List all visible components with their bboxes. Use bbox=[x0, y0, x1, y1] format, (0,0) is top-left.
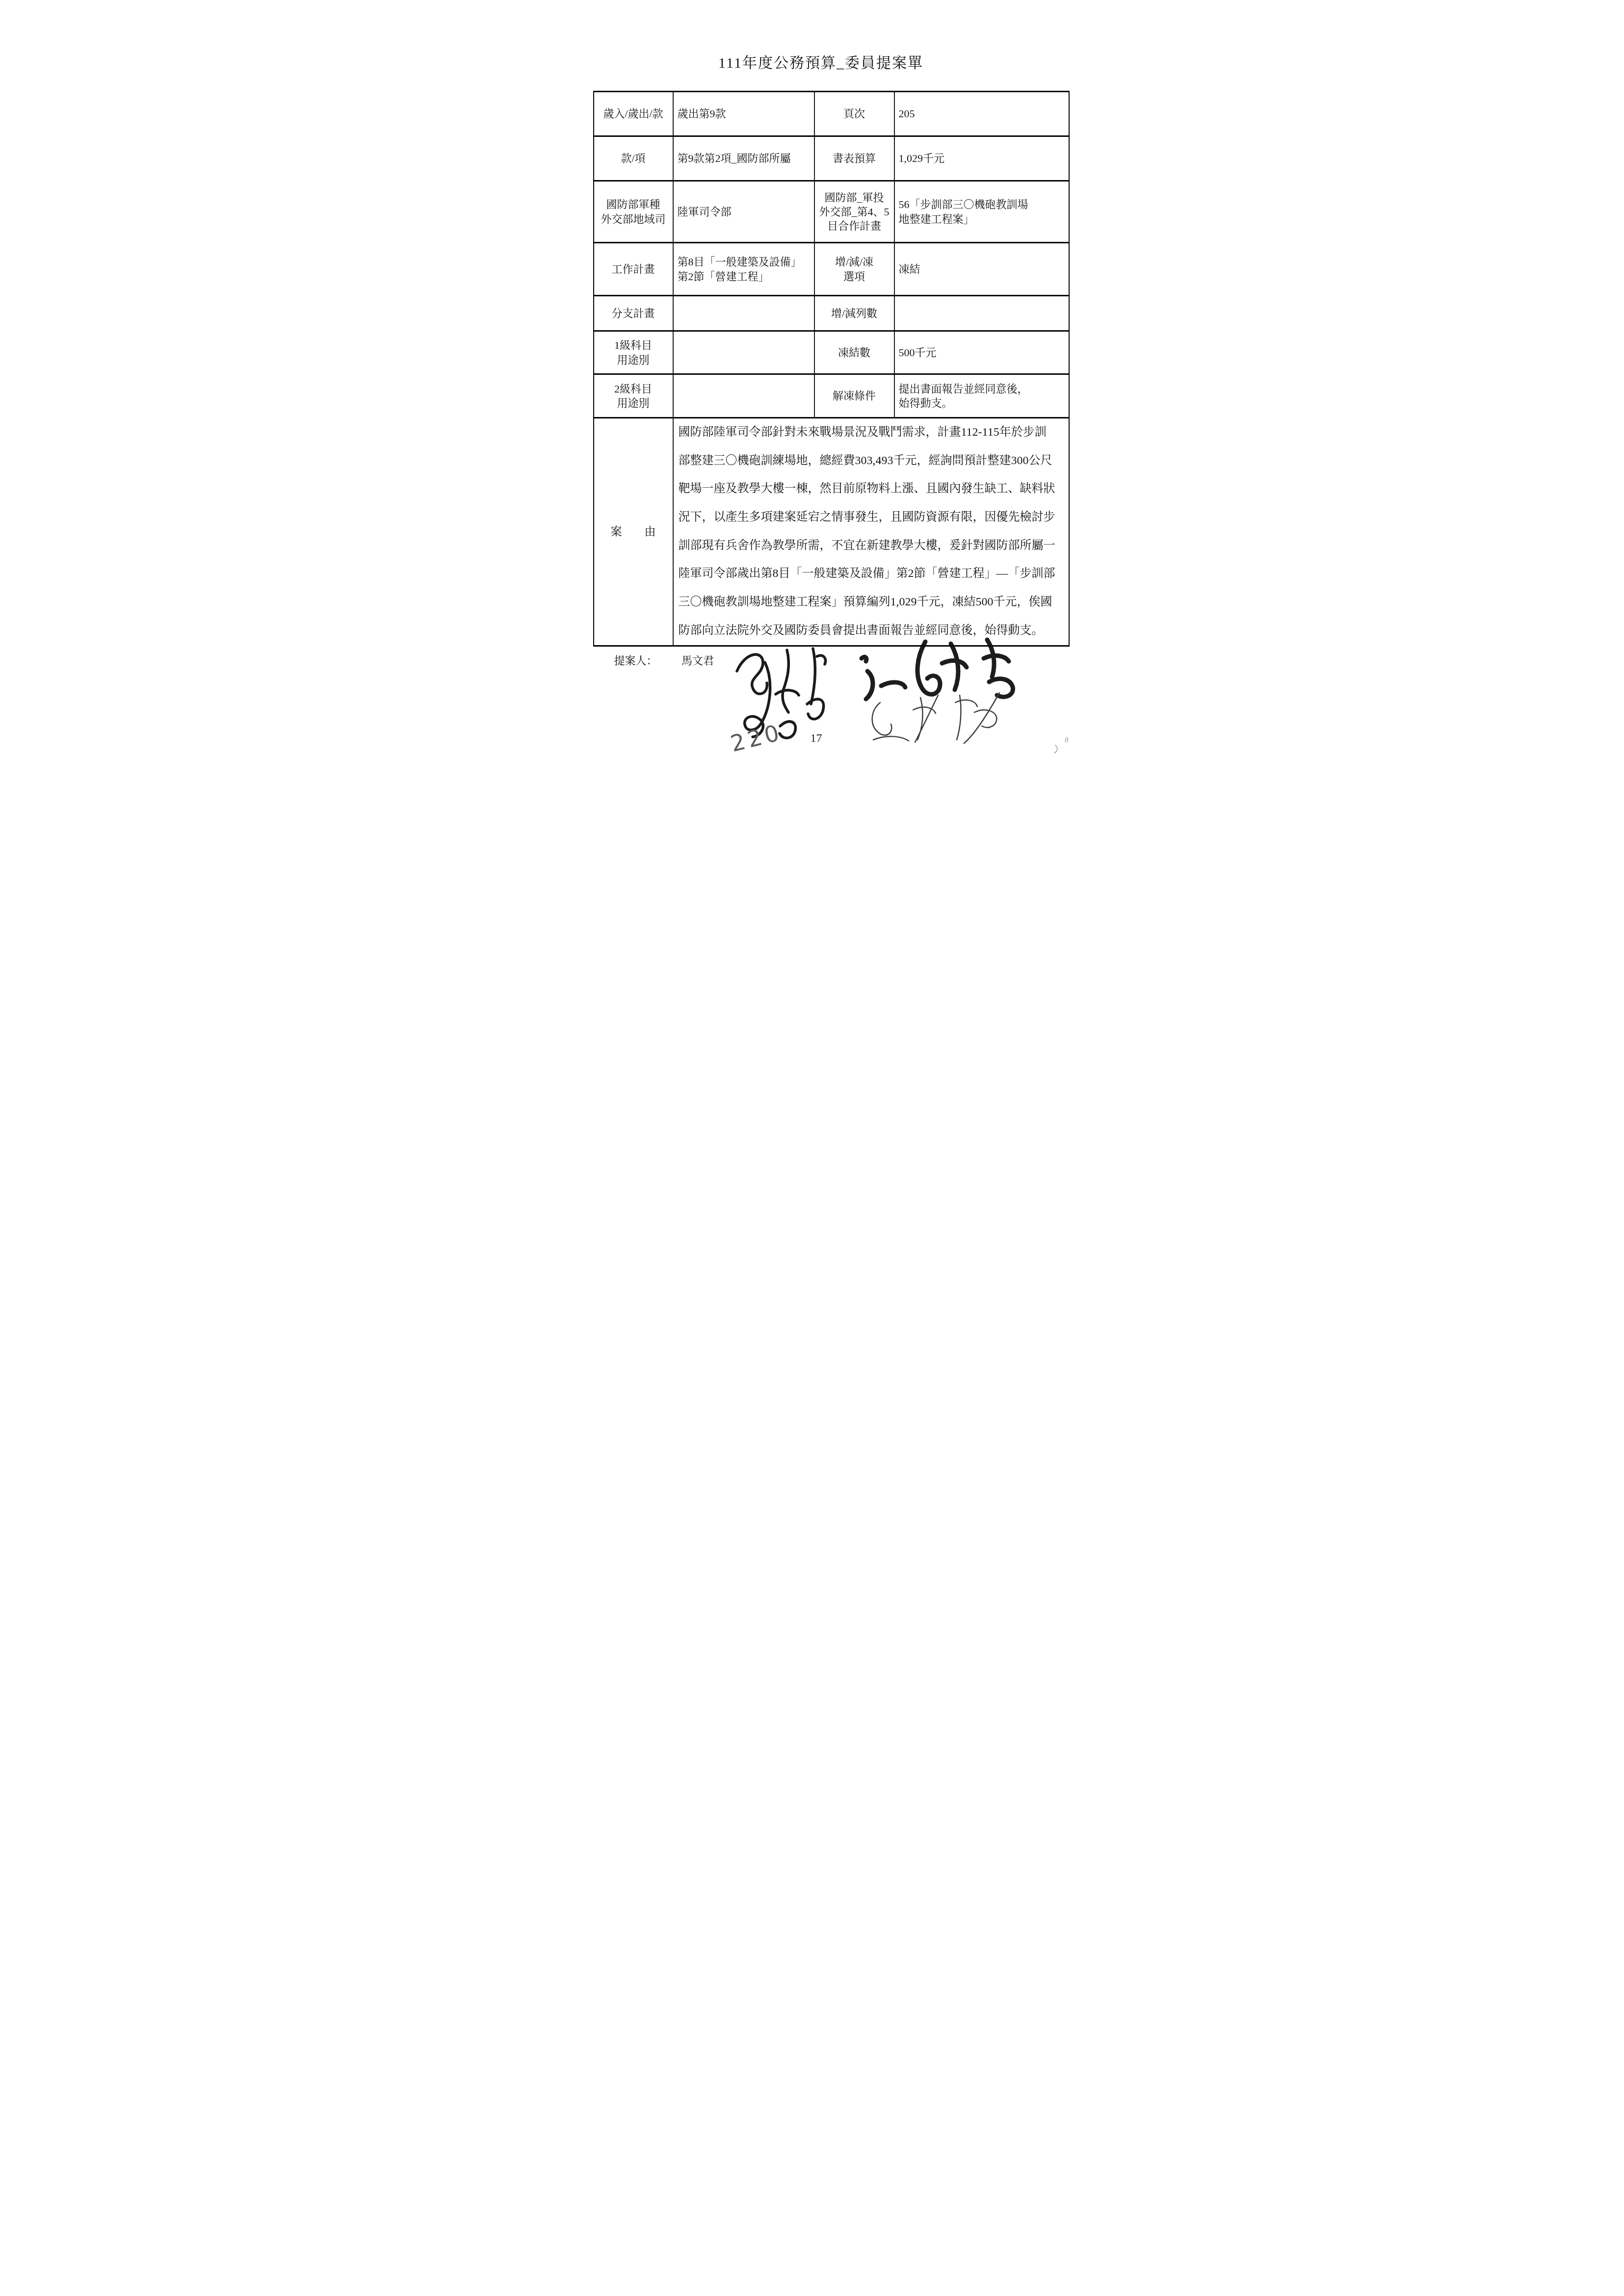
cell-value bbox=[894, 296, 1069, 330]
table-row: 1級科目用途別 凍結數 500千元 bbox=[594, 330, 1069, 373]
cell-value: 凍結 bbox=[894, 243, 1069, 295]
signature-wu-sz-huai bbox=[872, 693, 999, 743]
cell-label: 款/項 bbox=[594, 137, 673, 180]
page-title-text: 111年度公務預算_委員提案單 bbox=[718, 51, 923, 72]
cell-label: 分支計畫 bbox=[594, 296, 673, 330]
signature-chiang-chi-chen bbox=[862, 640, 1013, 699]
case-label-char: 由 bbox=[645, 524, 656, 539]
table-row: 分支計畫 增/減列數 bbox=[594, 295, 1069, 330]
page-number: 17 bbox=[811, 732, 822, 745]
cell-label: 增/減列數 bbox=[814, 296, 894, 330]
table-row: 2級科目用途別 解凍條件 提出書面報告並經同意後，始得動支。 bbox=[594, 373, 1069, 417]
proposer-line: 提案人： 馬文君 bbox=[614, 652, 714, 668]
corner-pencil-mark bbox=[1054, 745, 1057, 753]
cell-label: 解凍條件 bbox=[814, 375, 894, 417]
cell-value: 提出書面報告並經同意後，始得動支。 bbox=[894, 375, 1069, 417]
cell-value bbox=[673, 296, 814, 330]
handwritten-number: 220 bbox=[728, 719, 785, 757]
cell-value: 205 bbox=[894, 92, 1069, 135]
cell-value: 第8目「一般建築及設備」第2節「營建工程」 bbox=[673, 243, 814, 295]
case-description: 國防部陸軍司令部針對未來戰場景況及戰鬥需求，計畫112-115年於步訓部整建三〇… bbox=[673, 418, 1069, 645]
table-row: 國防部軍種外交部地域司 陸軍司令部 國防部_軍投外交部_第4、5目合作計畫 56… bbox=[594, 180, 1069, 242]
signature-ma-wen-jun bbox=[737, 649, 826, 738]
cell-label: 2級科目用途別 bbox=[594, 375, 673, 417]
cell-value: 歲出第9款 bbox=[673, 92, 814, 135]
cell-label: 國防部_軍投外交部_第4、5目合作計畫 bbox=[814, 182, 894, 242]
cell-label: 頁次 bbox=[814, 92, 894, 135]
cell-label: 國防部軍種外交部地域司 bbox=[594, 182, 673, 242]
document-page: 111年度公務預算_委員提案單 歲入/歲出/款 歲出第9款 頁次 205 款/項… bbox=[542, 0, 1083, 765]
cell-value: 500千元 bbox=[894, 332, 1069, 373]
cell-label: 凍結數 bbox=[814, 332, 894, 373]
cell-label: 增/減/凍選項 bbox=[814, 243, 894, 295]
cell-value bbox=[673, 332, 814, 373]
cell-label: 工作計畫 bbox=[594, 243, 673, 295]
case-label: 案 由 bbox=[594, 418, 673, 645]
cell-value: 56「步訓部三〇機砲教訓場地整建工程案」 bbox=[894, 182, 1069, 242]
budget-table: 歲入/歲出/款 歲出第9款 頁次 205 款/項 第9款第2項_國防部所屬 書表… bbox=[593, 91, 1070, 647]
corner-pencil-digit: 8 bbox=[1064, 735, 1069, 745]
table-row: 歲入/歲出/款 歲出第9款 頁次 205 bbox=[594, 92, 1069, 135]
proposer-name: 馬文君 bbox=[681, 654, 714, 667]
table-row: 工作計畫 第8目「一般建築及設備」第2節「營建工程」 增/減/凍選項 凍結 bbox=[594, 242, 1069, 295]
cell-value: 第9款第2項_國防部所屬 bbox=[673, 137, 814, 180]
page-title: 111年度公務預算_委員提案單 bbox=[542, 51, 1083, 72]
case-label-char: 案 bbox=[611, 524, 622, 539]
cell-label: 書表預算 bbox=[814, 137, 894, 180]
table-row-case: 案 由 國防部陸軍司令部針對未來戰場景況及戰鬥需求，計畫112-115年於步訓部… bbox=[594, 417, 1069, 645]
table-row: 款/項 第9款第2項_國防部所屬 書表預算 1,029千元 bbox=[594, 135, 1069, 180]
cell-value: 陸軍司令部 bbox=[673, 182, 814, 242]
cell-label: 1級科目用途別 bbox=[594, 332, 673, 373]
cell-value bbox=[673, 375, 814, 417]
cell-value: 1,029千元 bbox=[894, 137, 1069, 180]
proposer-label: 提案人： bbox=[614, 654, 657, 667]
cell-label: 歲入/歲出/款 bbox=[594, 92, 673, 135]
